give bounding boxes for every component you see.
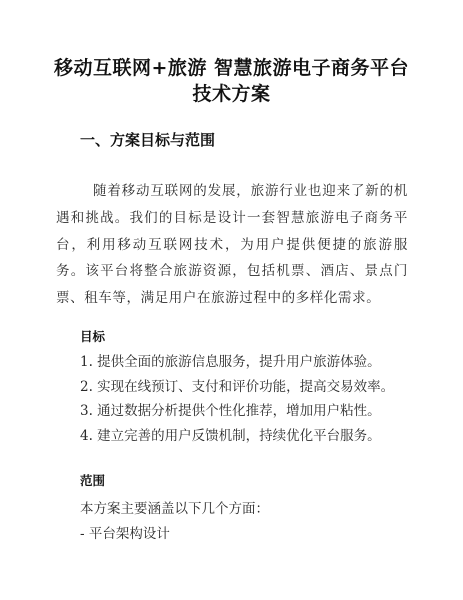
scope-heading: 范围	[80, 472, 105, 490]
goal-item: 2. 实现在线预订、支付和评价功能，提高交易效率。	[80, 376, 394, 401]
intro-paragraph: 随着移动互联网的发展，旅游行业也迎来了新的机遇和挑战。我们的目标是设计一套智慧旅…	[56, 178, 408, 312]
goal-item: 3. 通过数据分析提供个性化推荐，增加用户粘性。	[80, 400, 394, 425]
title-line-2: 技术方案	[0, 81, 463, 107]
goal-item: 1. 提供全面的旅游信息服务，提升用户旅游体验。	[80, 351, 394, 376]
title-line-1: 移动互联网+旅游 智慧旅游电子商务平台	[0, 55, 463, 81]
goal-item: 4. 建立完善的用户反馈机制，持续优化平台服务。	[80, 425, 394, 450]
goals-list: 1. 提供全面的旅游信息服务，提升用户旅游体验。 2. 实现在线预订、支付和评价…	[80, 351, 394, 449]
document-title: 移动互联网+旅游 智慧旅游电子商务平台 技术方案	[0, 55, 463, 107]
scope-item: - 平台架构设计	[80, 523, 269, 548]
goals-heading: 目标	[80, 328, 105, 346]
section-heading: 一、方案目标与范围	[80, 130, 215, 150]
document-page: 移动互联网+旅游 智慧旅游电子商务平台 技术方案 一、方案目标与范围 随着移动互…	[0, 0, 463, 600]
scope-intro: 本方案主要涵盖以下几个方面：	[80, 498, 269, 523]
scope-block: 本方案主要涵盖以下几个方面： - 平台架构设计	[80, 498, 269, 548]
